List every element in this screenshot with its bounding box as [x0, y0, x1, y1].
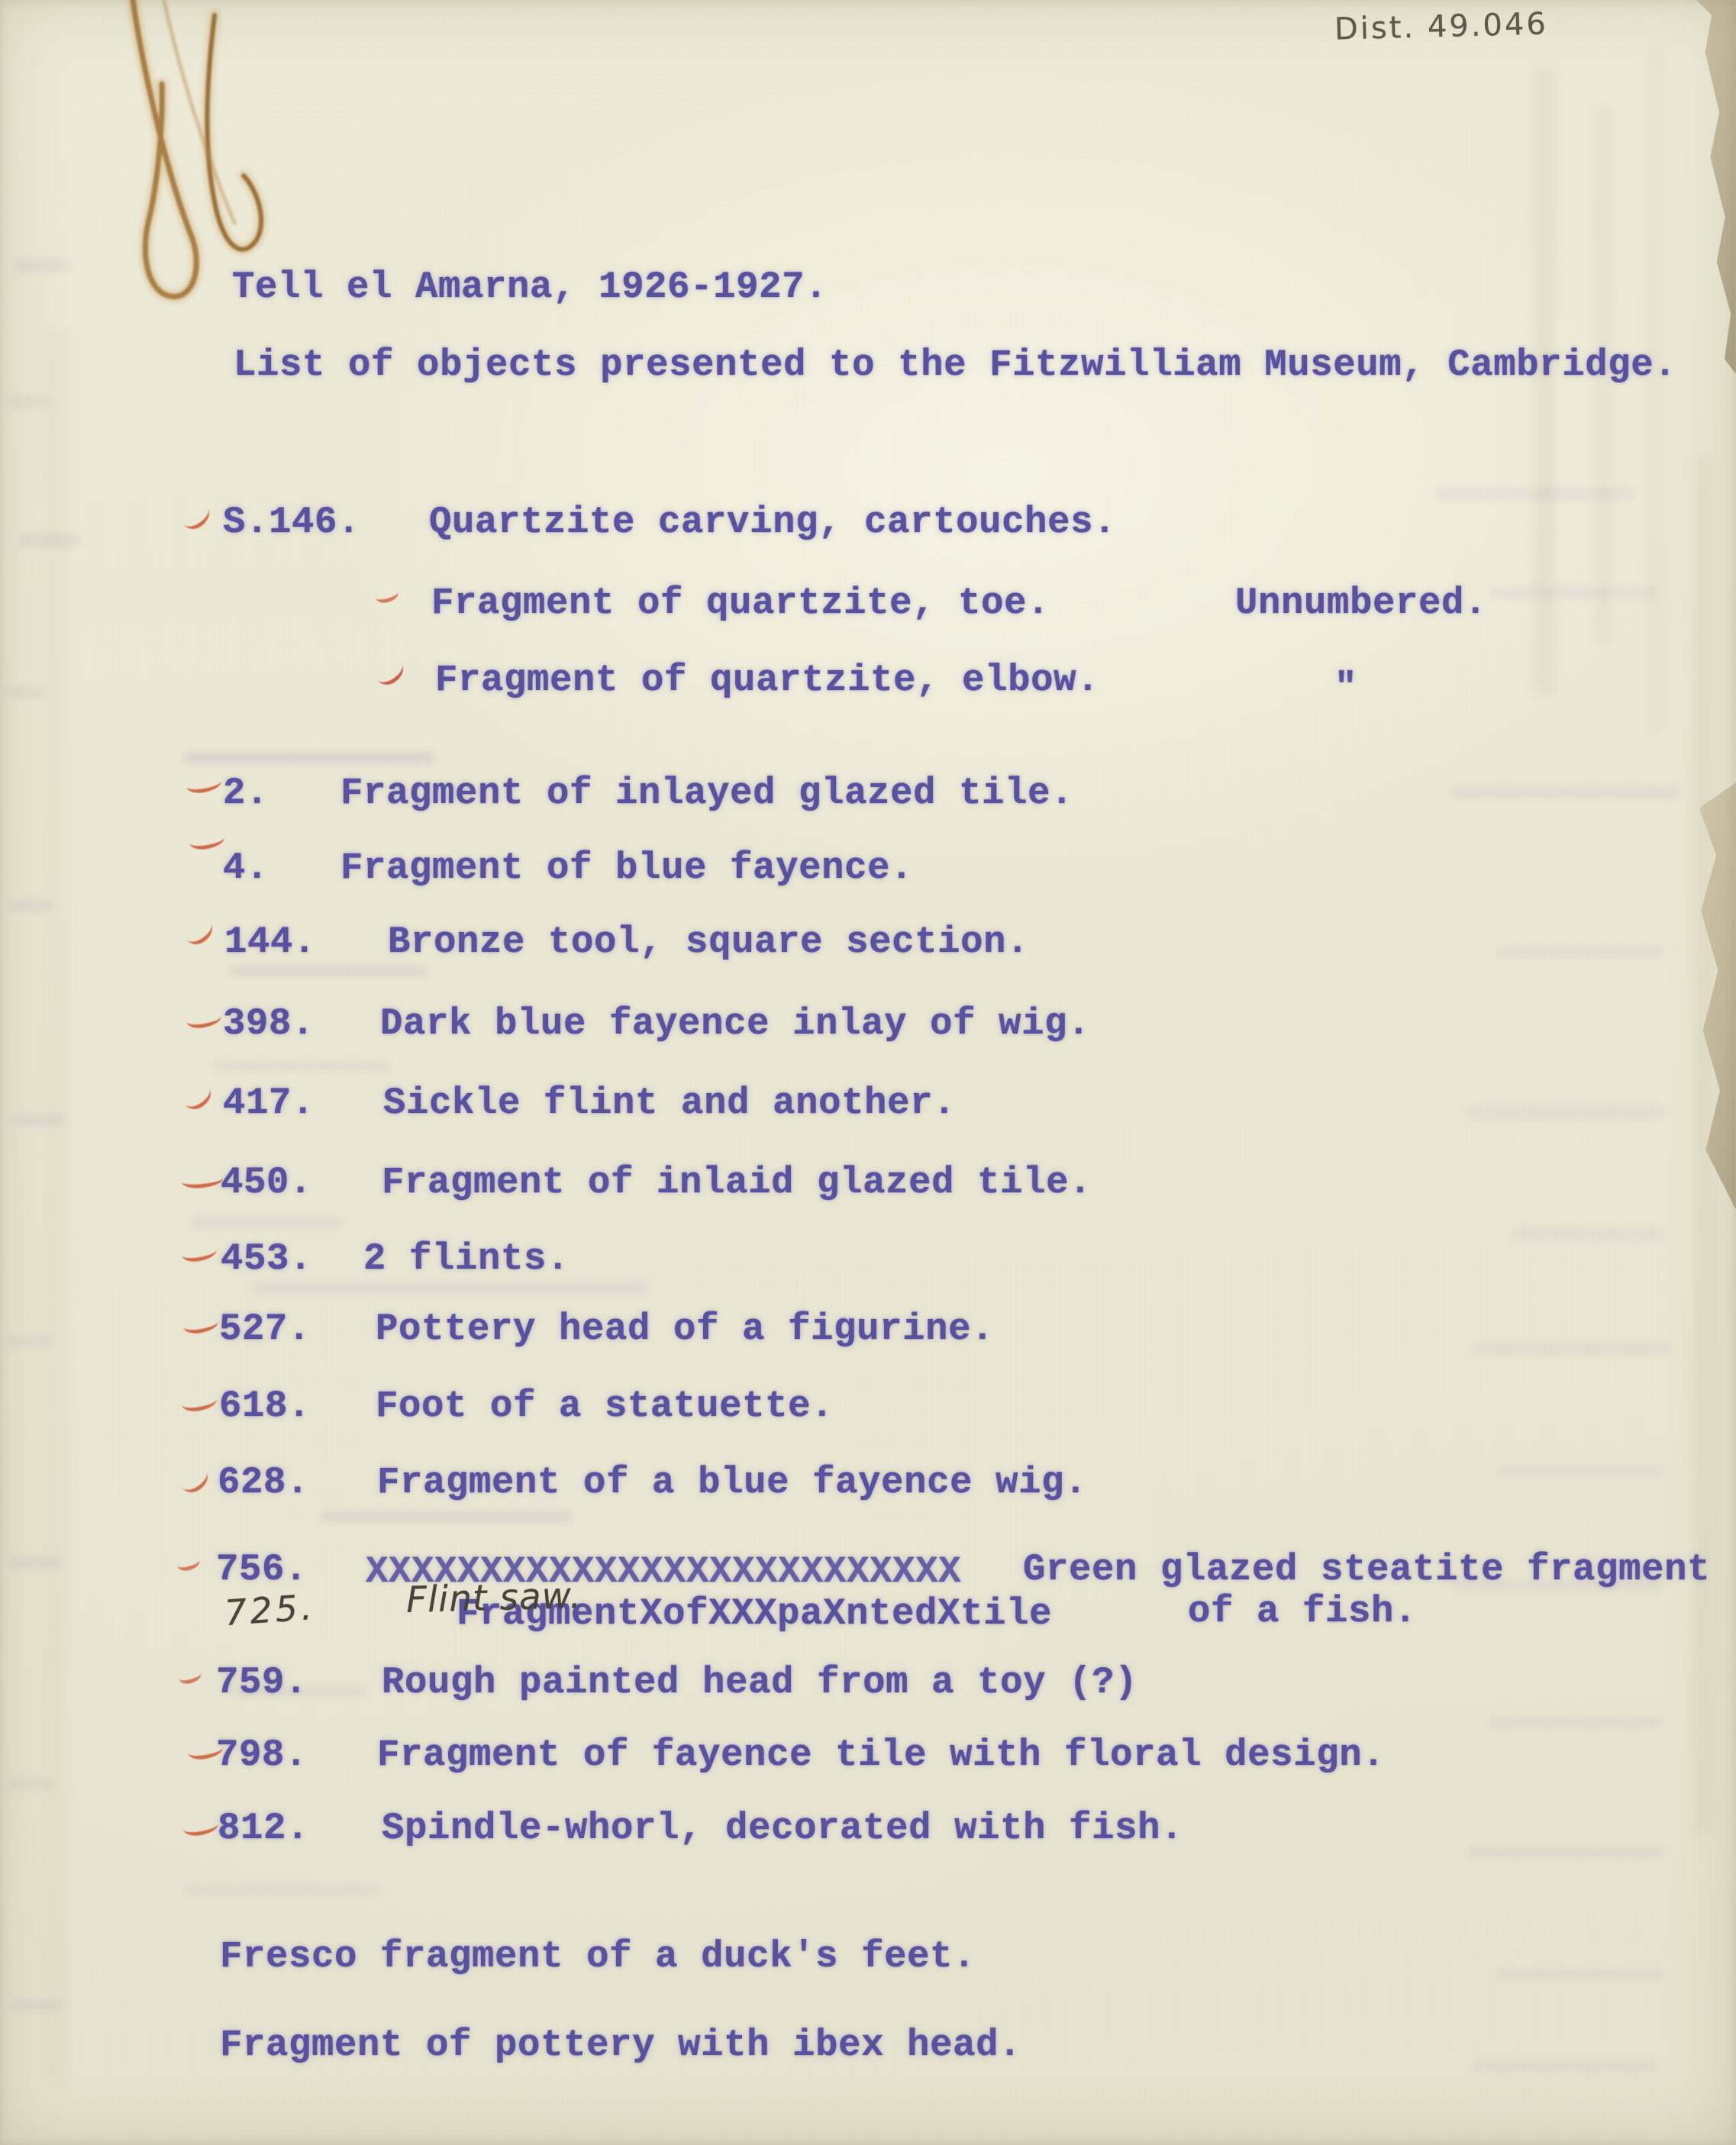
- show-through-smudge: [1466, 1847, 1664, 1858]
- item-description: Foot of a statuette.: [376, 1384, 834, 1428]
- show-through-smudge: [1489, 1718, 1664, 1727]
- show-through-smudge: [229, 966, 428, 976]
- item-description: Pottery head of a figurine.: [376, 1307, 994, 1351]
- check-mark-icon: [374, 587, 399, 605]
- check-mark-icon: [177, 1464, 213, 1497]
- handwritten-number: 725.: [223, 1586, 316, 1634]
- check-mark-icon: [186, 775, 223, 795]
- show-through-smudge: [183, 1885, 382, 1895]
- show-through-smudge: [1496, 1466, 1664, 1476]
- check-mark-icon: [179, 501, 215, 534]
- item-number: 4.: [223, 846, 269, 890]
- ditto-mark: ": [1334, 666, 1357, 710]
- item-description: Bronze tool, square section.: [388, 920, 1029, 964]
- scanned-document-page: Dist. 49.046 Tell el Amarna, 1926-1927. …: [0, 0, 1736, 2145]
- item-description: Fragment of quartzite, toe.: [431, 581, 1050, 625]
- paper-crease-streak: [1649, 46, 1663, 733]
- item-description: Fragment of inlaid glazed tile.: [382, 1160, 1092, 1205]
- item-number: 527.: [219, 1307, 311, 1351]
- item-number: 450.: [221, 1160, 312, 1205]
- show-through-smudge: [8, 901, 53, 911]
- check-mark-icon: [177, 1668, 202, 1686]
- item-number: 759.: [216, 1660, 308, 1705]
- show-through-smudge: [15, 260, 69, 272]
- show-through-smudge: [4, 687, 46, 698]
- item-number: 2.: [223, 771, 269, 815]
- check-mark-icon: [373, 656, 408, 689]
- page-title: Tell el Amarna, 1926-1927.: [232, 265, 828, 309]
- handwritten-note: Flint saw.: [405, 1575, 582, 1621]
- check-mark-icon: [189, 831, 226, 852]
- item-number: 756.: [216, 1547, 308, 1592]
- show-through-smudge: [1496, 947, 1664, 956]
- footer-item: Fragment of pottery with ibex head.: [220, 2023, 1021, 2067]
- item-number: S.146.: [223, 500, 360, 544]
- show-through-smudge: [8, 1779, 53, 1789]
- show-through-smudge: [1473, 2061, 1657, 2071]
- item-description: Fragment of a blue fayence wig.: [377, 1460, 1087, 1505]
- item-description: Rough painted head from a toy (?): [382, 1660, 1137, 1705]
- show-through-smudge: [11, 1114, 65, 1125]
- check-mark-icon: [182, 1315, 220, 1336]
- item-description: Sickle flint and another.: [383, 1081, 956, 1125]
- item-description: 2 flints.: [363, 1237, 570, 1281]
- page-subtitle: List of objects presented to the Fitzwil…: [234, 343, 1676, 387]
- item-description: Fragment of fayence tile with floral des…: [377, 1733, 1385, 1777]
- show-through-smudge: [19, 534, 80, 547]
- show-through-smudge: [214, 1061, 389, 1070]
- show-through-smudge: [321, 1511, 573, 1522]
- item-number: 618.: [219, 1384, 311, 1428]
- show-through-smudge: [1450, 786, 1680, 798]
- item-number: 798.: [216, 1733, 308, 1777]
- show-through-smudge: [1435, 489, 1634, 499]
- show-through-smudge: [1512, 1229, 1664, 1239]
- item-number: 398.: [223, 1002, 315, 1046]
- show-through-smudge: [1496, 1969, 1664, 1979]
- item-description: Green glazed steatite fragment: [1023, 1547, 1710, 1592]
- item-number: 453.: [221, 1237, 312, 1281]
- folded-corner-top-right: [1672, 0, 1736, 374]
- archive-number: Dist. 49.046: [1334, 6, 1548, 47]
- paper-crease-streak: [46, 328, 69, 2084]
- item-description-line2: of a fish.: [1188, 1589, 1417, 1634]
- check-mark-icon: [180, 1081, 216, 1114]
- check-mark-icon: [186, 1010, 223, 1031]
- item-description: Dark blue fayence inlay of wig.: [380, 1002, 1090, 1046]
- item-number: 417.: [223, 1081, 315, 1125]
- check-mark-icon: [182, 1818, 220, 1838]
- show-through-smudge: [11, 2000, 64, 2011]
- check-mark-icon: [181, 1172, 223, 1190]
- item-number: 812.: [218, 1806, 309, 1850]
- check-mark-icon: [181, 1243, 218, 1264]
- show-through-smudge: [183, 752, 435, 764]
- check-mark-icon: [176, 1555, 201, 1573]
- show-through-smudge: [8, 397, 53, 408]
- item-number: 144.: [224, 920, 316, 964]
- show-through-smudge: [1473, 1343, 1672, 1354]
- torn-edge-right: [1689, 782, 1736, 1210]
- item-number: 628.: [218, 1460, 309, 1505]
- item-note: Unnumbered.: [1235, 581, 1487, 625]
- footer-item: Fresco fragment of a duck's feet.: [220, 1934, 976, 1979]
- item-description: Fragment of quartzite, elbow.: [435, 658, 1099, 702]
- show-through-smudge: [1466, 1107, 1664, 1118]
- item-description: Quartzite carving, cartouches.: [429, 500, 1116, 544]
- item-description: Fragment of inlayed glazed tile.: [340, 771, 1073, 815]
- show-through-smudge: [9, 1557, 63, 1568]
- show-through-smudge: [252, 1282, 649, 1293]
- show-through-smudge: [6, 1336, 52, 1347]
- show-through-smudge: [1489, 588, 1657, 598]
- item-description: Spindle-whorl, decorated with fish.: [382, 1806, 1183, 1850]
- show-through-smudge: [191, 1218, 344, 1227]
- item-description: Fragment of blue fayence.: [340, 846, 913, 890]
- check-mark-icon: [182, 916, 218, 949]
- check-mark-icon: [181, 1393, 218, 1414]
